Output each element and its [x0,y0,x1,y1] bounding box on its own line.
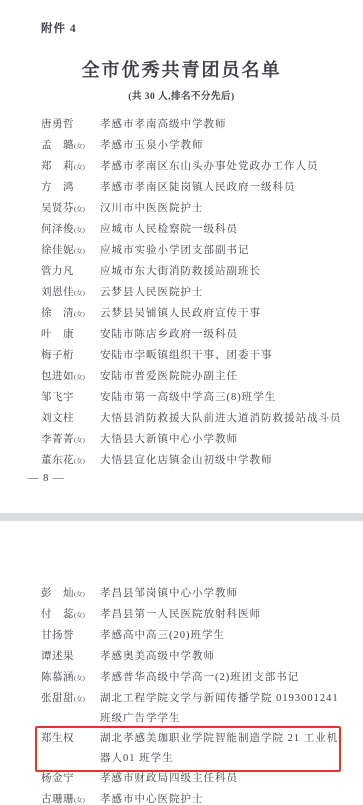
member-name: 孟 璐(女) [41,136,100,157]
member-description: 应城市东大街消防救援站副班长 [100,262,345,282]
member-description: 大悟县消防救援大队前进大道消防救援站战斗员 [100,409,345,429]
member-description: 湖北孝感美珈职业学院智能制造学院 21 工业机器人01 班学生 [100,729,345,769]
female-marker: (女) [74,227,85,234]
member-description: 汉川市中医医院护士 [100,199,345,219]
member-name: 包进如(女) [41,367,100,388]
female-marker: (女) [74,290,85,297]
member-entry: 唐勇哲 孝感市孝南高级中学教师 [41,115,345,136]
member-entry: 董东花(女) 大悟县宣化店镇金山初级中学教师 [41,451,345,472]
member-description: 安陆市陈店乡政府一级科员 [100,325,345,345]
member-name: 杨金宁 [41,769,100,790]
member-description: 孝感市孝南高级中学教师 [100,115,345,135]
female-marker: (女) [74,591,85,598]
member-description: 大悟县宣化店镇金山初级中学教师 [100,451,345,471]
member-entry: 陈慕涵(女) 孝感普华高级中学高一(2)班团支部书记 [41,668,345,689]
scanned-document: 附件 4 全市优秀共青团员名单 (共 30 人,排名不分先后) 唐勇哲 孝感市孝… [0,0,363,805]
member-entry: 叶 康 安陆市陈店乡政府一级科员 [41,325,345,346]
member-entry: 孟 璐(女) 孝感市玉泉小学教师 [41,136,345,157]
member-name: 陈慕涵(女) [41,668,100,689]
member-name: 徐佳妮(女) [41,241,100,262]
member-name: 叶 康 [41,325,100,346]
member-name: 邹飞宇 [41,388,100,409]
member-name: 何泽俊(女) [41,220,100,241]
member-entry: 包进如(女) 安陆市普爱医院院办副主任 [41,367,345,388]
female-marker: (女) [74,458,85,465]
female-marker: (女) [74,437,85,444]
member-name: 刘恩佳(女) [41,283,100,304]
member-entry: 刘恩佳(女) 云梦县人民医院护士 [41,283,345,304]
member-name: 郑生权 [41,729,100,750]
member-entry: 刘文柱 大悟县消防救援大队前进大道消防救援站战斗员 [41,409,345,430]
member-description: 孝感高中高三(20)班学生 [100,626,345,646]
female-marker: (女) [74,248,85,255]
member-description: 孝昌县邹岗镇中心小学教师 [100,584,345,604]
member-entry: 谭述果 孝感奥美高级中学教师 [41,647,345,668]
member-name: 吴贤芬(女) [41,199,100,220]
member-entry: 徐佳妮(女) 应城市实验小学团支部副书记 [41,241,345,262]
member-description: 安陆市普爱医院院办副主任 [100,367,345,387]
member-name: 刘文柱 [41,409,100,430]
member-entry: 杨金宁 孝感市财政局四级主任科员 [41,769,345,790]
member-description: 孝感普华高级中学高一(2)班团支部书记 [100,668,345,688]
member-name: 方 鸿 [41,178,100,199]
member-name: 唐勇哲 [41,115,100,136]
member-description: 孝昌县第一人民医院放射科医师 [100,605,345,625]
member-entry: 徐 清(女) 云梦县吴铺镇人民政府宣传干事 [41,304,345,325]
attachment-label: 附件 4 [41,0,363,36]
page-separator [0,513,363,521]
member-entry: 古珊珊(女) 孝感市中心医院护士 [41,790,345,805]
member-name: 付 蕊(女) [41,605,100,626]
female-marker: (女) [74,206,85,213]
member-description: 孝感市财政局四级主任科员 [100,769,345,789]
member-description: 孝感市中心医院护士 [100,790,345,805]
member-name: 彭 灿(女) [41,584,100,605]
member-name: 李菁菁(女) [41,430,100,451]
member-description: 应城市实验小学团支部副书记 [100,241,345,261]
member-description: 云梦县人民医院护士 [100,283,345,303]
member-entry: 管力凡 应城市东大街消防救援站副班长 [41,262,345,283]
member-description: 大悟县大新镇中心小学教师 [100,430,345,450]
member-description: 安陆市孛畈镇组织干事、团委干事 [100,346,345,366]
member-name: 梅子桁 [41,346,100,367]
member-name: 徐 清(女) [41,304,100,325]
member-entry: 梅子桁 安陆市孛畈镇组织干事、团委干事 [41,346,345,367]
member-description: 应城市人民检察院一级科员 [100,220,345,240]
page-subtitle: (共 30 人,排名不分先后) [0,88,363,102]
member-name: 甘扬誉 [41,626,100,647]
member-description: 云梦县吴铺镇人民政府宣传干事 [100,304,345,324]
member-entry: 彭 灿(女) 孝昌县邹岗镇中心小学教师 [41,584,345,605]
member-entry: 邹飞宇 安陆市第一高级中学高三(8)班学生 [41,388,345,409]
member-description: 孝感市玉泉小学教师 [100,136,345,156]
member-name: 张甜甜(女) [41,689,100,710]
female-marker: (女) [74,612,85,619]
page-number: — 8 — [28,473,363,484]
member-entry: 李菁菁(女) 大悟县大新镇中心小学教师 [41,430,345,451]
member-description: 孝感市孝南区东山头办事处党政办工作人员 [100,157,345,177]
female-marker: (女) [74,311,85,318]
female-marker: (女) [74,696,85,703]
member-name: 谭述果 [41,647,100,668]
member-entry: 吴贤芬(女) 汉川市中医医院护士 [41,199,345,220]
female-marker: (女) [74,143,85,150]
female-marker: (女) [74,675,85,682]
member-entry: 郑 莉(女) 孝感市孝南区东山头办事处党政办工作人员 [41,157,345,178]
member-entry: 甘扬誉 孝感高中高三(20)班学生 [41,626,345,647]
member-list-page9: 彭 灿(女) 孝昌县邹岗镇中心小学教师 付 蕊(女) 孝昌县第一人民医院放射科医… [0,521,363,805]
member-description: 孝感市孝南区陡岗镇人民政府一级科员 [100,178,345,198]
member-entry: 方 鸿 孝感市孝南区陡岗镇人民政府一级科员 [41,178,345,199]
female-marker: (女) [74,374,85,381]
member-description: 孝感奥美高级中学教师 [100,647,345,667]
member-name: 古珊珊(女) [41,790,100,805]
member-entry: 付 蕊(女) 孝昌县第一人民医院放射科医师 [41,605,345,626]
member-description: 湖北工程学院文学与新闻传播学院 0193001241 班级广告学学生 [100,689,345,729]
member-list-page8: 唐勇哲 孝感市孝南高级中学教师 孟 璐(女) 孝感市玉泉小学教师 郑 莉(女) … [0,115,363,472]
female-marker: (女) [74,797,85,804]
member-description: 安陆市第一高级中学高三(8)班学生 [100,388,345,408]
member-name: 董东花(女) [41,451,100,472]
member-entry: 张甜甜(女) 湖北工程学院文学与新闻传播学院 0193001241 班级广告学学… [41,689,345,729]
member-name: 管力凡 [41,262,100,283]
document-page-8: 附件 4 全市优秀共青团员名单 (共 30 人,排名不分先后) 唐勇哲 孝感市孝… [0,0,363,513]
page-title: 全市优秀共青团员名单 [0,56,363,82]
document-page-9: 彭 灿(女) 孝昌县邹岗镇中心小学教师 付 蕊(女) 孝昌县第一人民医院放射科医… [0,521,363,805]
member-entry-highlighted: 郑生权 湖北孝感美珈职业学院智能制造学院 21 工业机器人01 班学生 [41,729,345,769]
member-name: 郑 莉(女) [41,157,100,178]
member-entry: 何泽俊(女) 应城市人民检察院一级科员 [41,220,345,241]
female-marker: (女) [74,164,85,171]
